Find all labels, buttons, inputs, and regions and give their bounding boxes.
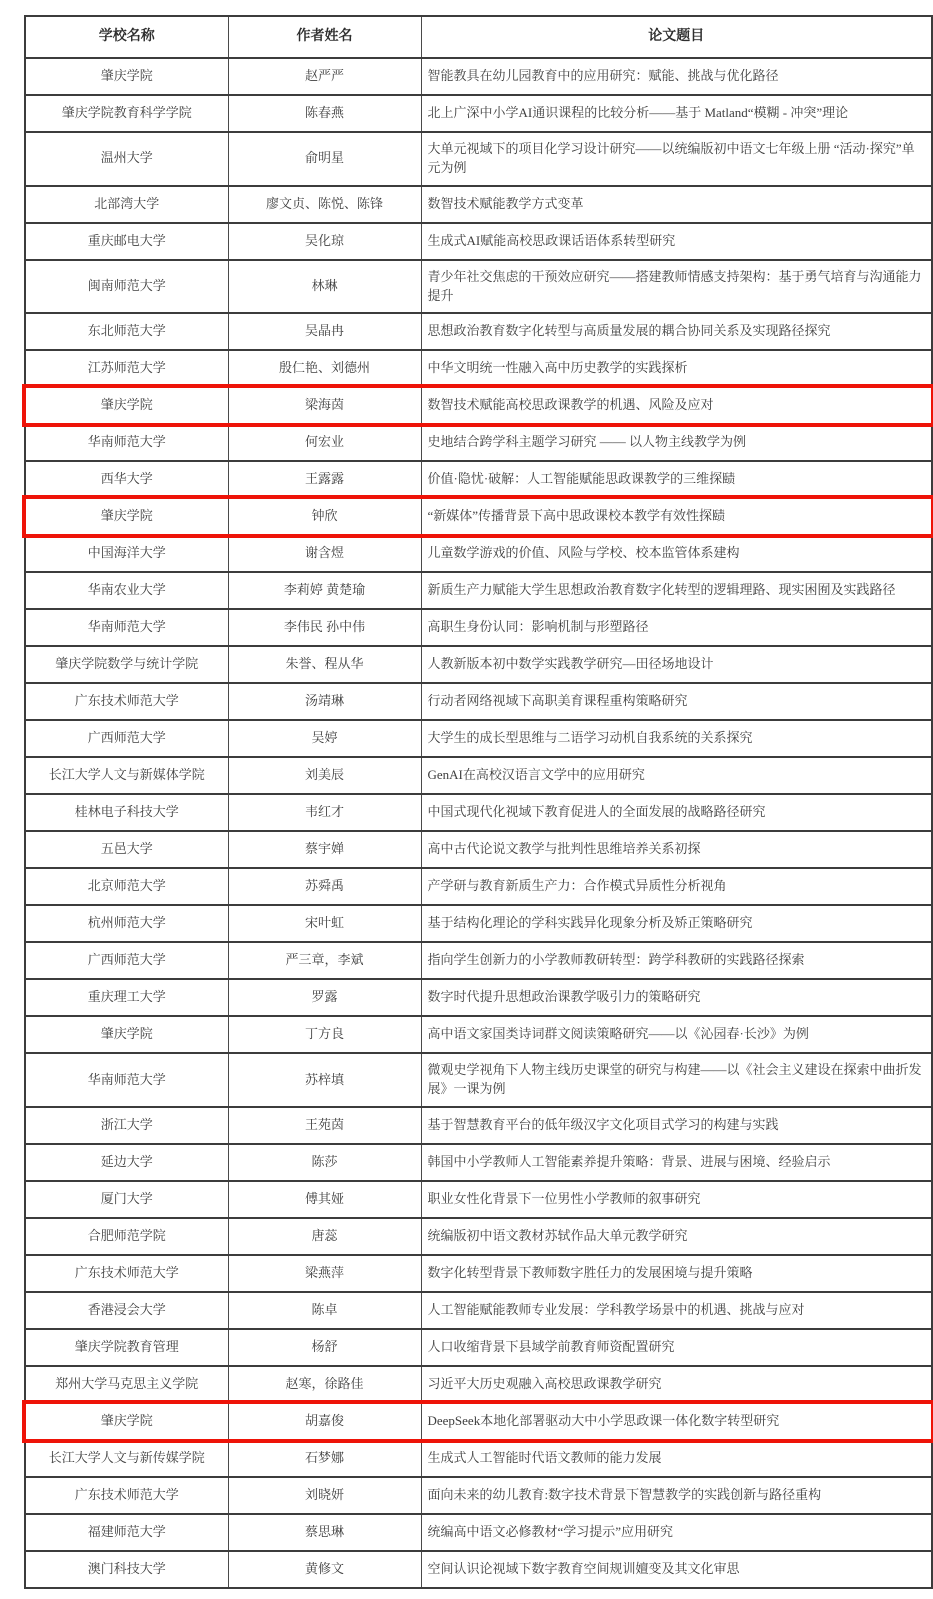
table-row: 江苏师范大学 殷仁艳、刘德州 中华文明统一性融入高中历史教学的实践探析 — [25, 350, 932, 387]
school-cell: 肇庆学院数学与统计学院 — [25, 646, 228, 683]
table-row: 肇庆学院 丁方良 高中语文家国类诗词群文阅读策略研究——以《沁园春·长沙》为例 — [25, 1016, 932, 1053]
author-cell: 刘晓妍 — [228, 1477, 421, 1514]
title-cell: 行动者网络视域下高职美育课程重构策略研究 — [421, 683, 932, 720]
author-cell: 李莉婷 黄楚瑜 — [228, 572, 421, 609]
header-row: 学校名称 作者姓名 论文题目 — [25, 16, 932, 58]
document-page: 学校名称 作者姓名 论文题目 肇庆学院 赵严严 智能教具在幼儿园教育中的应用研究… — [0, 0, 933, 1599]
table-row: 长江大学人文与新传媒学院 石梦娜 生成式人工智能时代语文教师的能力发展 — [25, 1440, 932, 1477]
author-cell: 傅其娅 — [228, 1181, 421, 1218]
title-cell: 智能教具在幼儿园教育中的应用研究：赋能、挑战与优化路径 — [421, 58, 932, 95]
table-row-highlighted: 肇庆学院 钟欣 “新媒体”传播背景下高中思政课校本教学有效性探赜 — [25, 498, 932, 535]
title-cell: 儿童数学游戏的价值、风险与学校、校本监管体系建构 — [421, 535, 932, 572]
table-row: 中国海洋大学 谢含煜 儿童数学游戏的价值、风险与学校、校本监管体系建构 — [25, 535, 932, 572]
author-cell: 苏舜禹 — [228, 868, 421, 905]
author-cell: 廖文贞、陈悦、陈锋 — [228, 186, 421, 223]
title-cell: “新媒体”传播背景下高中思政课校本教学有效性探赜 — [421, 498, 932, 535]
table-row: 广西师范大学 吴婷 大学生的成长型思维与二语学习动机自我系统的关系探究 — [25, 720, 932, 757]
table-row: 延边大学 陈莎 韩国中小学教师人工智能素养提升策略：背景、进展与困境、经验启示 — [25, 1144, 932, 1181]
title-cell: 中国式现代化视域下教育促进人的全面发展的战略路径研究 — [421, 794, 932, 831]
title-cell: 生成式AI赋能高校思政课话语体系转型研究 — [421, 223, 932, 260]
author-cell: 胡嘉俊 — [228, 1403, 421, 1440]
school-cell: 肇庆学院教育科学学院 — [25, 95, 228, 132]
table-row: 华南农业大学 李莉婷 黄楚瑜 新质生产力赋能大学生思想政治教育数字化转型的逻辑理… — [25, 572, 932, 609]
title-cell: 生成式人工智能时代语文教师的能力发展 — [421, 1440, 932, 1477]
author-cell: 吴晶冉 — [228, 313, 421, 350]
school-cell: 中国海洋大学 — [25, 535, 228, 572]
title-cell: 基于结构化理论的学科实践异化现象分析及矫正策略研究 — [421, 905, 932, 942]
title-cell: 韩国中小学教师人工智能素养提升策略：背景、进展与困境、经验启示 — [421, 1144, 932, 1181]
author-cell: 蔡思琳 — [228, 1514, 421, 1551]
table-row: 郑州大学马克思主义学院 赵寒，徐路佳 习近平大历史观融入高校思政课教学研究 — [25, 1366, 932, 1403]
table-row: 肇庆学院 赵严严 智能教具在幼儿园教育中的应用研究：赋能、挑战与优化路径 — [25, 58, 932, 95]
table-row: 五邑大学 蔡宇婵 高中古代论说文教学与批判性思维培养关系初探 — [25, 831, 932, 868]
table-row: 长江大学人文与新媒体学院 刘美辰 GenAI在高校汉语言文学中的应用研究 — [25, 757, 932, 794]
table-row: 浙江大学 王苑茵 基于智慧教育平台的低年级汉字文化项目式学习的构建与实践 — [25, 1107, 932, 1144]
title-cell: 人口收缩背景下县域学前教育师资配置研究 — [421, 1329, 932, 1366]
title-cell: 习近平大历史观融入高校思政课教学研究 — [421, 1366, 932, 1403]
table-row: 华南师范大学 何宏业 史地结合跨学科主题学习研究 —— 以人物主线教学为例 — [25, 424, 932, 461]
table-row: 重庆理工大学 罗露 数字时代提升思想政治课教学吸引力的策略研究 — [25, 979, 932, 1016]
school-cell: 重庆理工大学 — [25, 979, 228, 1016]
author-cell: 梁燕萍 — [228, 1255, 421, 1292]
title-cell: 基于智慧教育平台的低年级汉字文化项目式学习的构建与实践 — [421, 1107, 932, 1144]
school-cell: 厦门大学 — [25, 1181, 228, 1218]
school-cell: 肇庆学院 — [25, 387, 228, 424]
author-cell: 吴婷 — [228, 720, 421, 757]
school-cell: 香港浸会大学 — [25, 1292, 228, 1329]
table-row: 北京师范大学 苏舜禹 产学研与教育新质生产力：合作模式异质性分析视角 — [25, 868, 932, 905]
author-cell: 陈莎 — [228, 1144, 421, 1181]
title-cell: 青少年社交焦虑的干预效应研究——搭建教师情感支持架构：基于勇气培育与沟通能力提升 — [421, 260, 932, 314]
title-cell: 数字时代提升思想政治课教学吸引力的策略研究 — [421, 979, 932, 1016]
school-cell: 五邑大学 — [25, 831, 228, 868]
author-cell: 石梦娜 — [228, 1440, 421, 1477]
author-cell: 杨舒 — [228, 1329, 421, 1366]
school-cell: 肇庆学院教育管理 — [25, 1329, 228, 1366]
title-cell: 人教新版本初中数学实践教学研究—田径场地设计 — [421, 646, 932, 683]
table-row: 杭州师范大学 宋叶虹 基于结构化理论的学科实践异化现象分析及矫正策略研究 — [25, 905, 932, 942]
table-row: 香港浸会大学 陈卓 人工智能赋能教师专业发展：学科教学场景中的机遇、挑战与应对 — [25, 1292, 932, 1329]
table-row-highlighted: 肇庆学院 胡嘉俊 DeepSeek本地化部署驱动大中小学思政课一体化数字转型研究 — [25, 1403, 932, 1440]
school-cell: 肇庆学院 — [25, 1016, 228, 1053]
table-row: 桂林电子科技大学 韦红才 中国式现代化视域下教育促进人的全面发展的战略路径研究 — [25, 794, 932, 831]
title-cell: 思想政治教育数字化转型与高质量发展的耦合协同关系及实现路径探究 — [421, 313, 932, 350]
table-row: 东北师范大学 吴晶冉 思想政治教育数字化转型与高质量发展的耦合协同关系及实现路径… — [25, 313, 932, 350]
school-cell: 郑州大学马克思主义学院 — [25, 1366, 228, 1403]
author-cell: 谢含煜 — [228, 535, 421, 572]
author-cell: 罗露 — [228, 979, 421, 1016]
title-cell: 数字化转型背景下教师数字胜任力的发展困境与提升策略 — [421, 1255, 932, 1292]
school-cell: 华南师范大学 — [25, 609, 228, 646]
school-cell: 华南师范大学 — [25, 424, 228, 461]
table-row: 北部湾大学 廖文贞、陈悦、陈锋 数智技术赋能教学方式变革 — [25, 186, 932, 223]
title-cell: 高中古代论说文教学与批判性思维培养关系初探 — [421, 831, 932, 868]
school-cell: 福建师范大学 — [25, 1514, 228, 1551]
school-cell: 长江大学人文与新媒体学院 — [25, 757, 228, 794]
school-cell: 华南师范大学 — [25, 1053, 228, 1107]
table-row: 重庆邮电大学 吴化琼 生成式AI赋能高校思政课话语体系转型研究 — [25, 223, 932, 260]
school-cell: 浙江大学 — [25, 1107, 228, 1144]
title-cell: GenAI在高校汉语言文学中的应用研究 — [421, 757, 932, 794]
title-cell: 高职生身份认同：影响机制与形塑路径 — [421, 609, 932, 646]
author-cell: 何宏业 — [228, 424, 421, 461]
school-cell: 北部湾大学 — [25, 186, 228, 223]
school-cell: 西华大学 — [25, 461, 228, 498]
title-cell: 产学研与教育新质生产力：合作模式异质性分析视角 — [421, 868, 932, 905]
author-cell: 韦红才 — [228, 794, 421, 831]
author-cell: 陈春燕 — [228, 95, 421, 132]
author-cell: 王苑茵 — [228, 1107, 421, 1144]
school-cell: 广西师范大学 — [25, 942, 228, 979]
school-cell: 广东技术师范大学 — [25, 1477, 228, 1514]
school-cell: 广东技术师范大学 — [25, 683, 228, 720]
title-cell: 高中语文家国类诗词群文阅读策略研究——以《沁园春·长沙》为例 — [421, 1016, 932, 1053]
table-row: 合肥师范学院 唐蕊 统编版初中语文教材苏轼作品大单元教学研究 — [25, 1218, 932, 1255]
author-cell: 朱誉、程从华 — [228, 646, 421, 683]
school-cell: 东北师范大学 — [25, 313, 228, 350]
title-cell: 新质生产力赋能大学生思想政治教育数字化转型的逻辑理路、现实困囿及实践路径 — [421, 572, 932, 609]
author-cell: 汤靖琳 — [228, 683, 421, 720]
author-cell: 钟欣 — [228, 498, 421, 535]
author-cell: 殷仁艳、刘德州 — [228, 350, 421, 387]
table-row: 闽南师范大学 林琳 青少年社交焦虑的干预效应研究——搭建教师情感支持架构：基于勇… — [25, 260, 932, 314]
title-cell: 大学生的成长型思维与二语学习动机自我系统的关系探究 — [421, 720, 932, 757]
table-row: 华南师范大学 李伟民 孙中伟 高职生身份认同：影响机制与形塑路径 — [25, 609, 932, 646]
table-row: 广东技术师范大学 汤靖琳 行动者网络视域下高职美育课程重构策略研究 — [25, 683, 932, 720]
school-cell: 华南农业大学 — [25, 572, 228, 609]
school-cell: 肇庆学院 — [25, 58, 228, 95]
column-header-title: 论文题目 — [421, 16, 932, 58]
table-row: 肇庆学院教育管理 杨舒 人口收缩背景下县域学前教育师资配置研究 — [25, 1329, 932, 1366]
title-cell: 统编高中语文必修教材“学习提示”应用研究 — [421, 1514, 932, 1551]
table-row-highlighted: 肇庆学院 梁海茵 数智技术赋能高校思政课教学的机遇、风险及应对 — [25, 387, 932, 424]
table-row: 广东技术师范大学 梁燕萍 数字化转型背景下教师数字胜任力的发展困境与提升策略 — [25, 1255, 932, 1292]
author-cell: 王露露 — [228, 461, 421, 498]
table-row: 福建师范大学 蔡思琳 统编高中语文必修教材“学习提示”应用研究 — [25, 1514, 932, 1551]
school-cell: 澳门科技大学 — [25, 1551, 228, 1588]
column-header-author: 作者姓名 — [228, 16, 421, 58]
author-cell: 林琳 — [228, 260, 421, 314]
table-row: 广东技术师范大学 刘晓妍 面向未来的幼儿教育:数字技术背景下智慧教学的实践创新与… — [25, 1477, 932, 1514]
author-cell: 蔡宇婵 — [228, 831, 421, 868]
table-body: 肇庆学院 赵严严 智能教具在幼儿园教育中的应用研究：赋能、挑战与优化路径 肇庆学… — [25, 58, 932, 1588]
title-cell: 数智技术赋能教学方式变革 — [421, 186, 932, 223]
title-cell: 大单元视域下的项目化学习设计研究——以统编版初中语文七年级上册 “活动·探究”单… — [421, 132, 932, 186]
title-cell: 数智技术赋能高校思政课教学的机遇、风险及应对 — [421, 387, 932, 424]
school-cell: 重庆邮电大学 — [25, 223, 228, 260]
title-cell: 面向未来的幼儿教育:数字技术背景下智慧教学的实践创新与路径重构 — [421, 1477, 932, 1514]
title-cell: 指向学生创新力的小学教师教研转型：跨学科教研的实践路径探索 — [421, 942, 932, 979]
school-cell: 广东技术师范大学 — [25, 1255, 228, 1292]
school-cell: 长江大学人文与新传媒学院 — [25, 1440, 228, 1477]
author-cell: 宋叶虹 — [228, 905, 421, 942]
table-header: 学校名称 作者姓名 论文题目 — [25, 16, 932, 58]
column-header-school: 学校名称 — [25, 16, 228, 58]
author-cell: 吴化琼 — [228, 223, 421, 260]
title-cell: 空间认识论视域下数字教育空间规训嬗变及其文化审思 — [421, 1551, 932, 1588]
title-cell: 统编版初中语文教材苏轼作品大单元教学研究 — [421, 1218, 932, 1255]
table-row: 肇庆学院数学与统计学院 朱誉、程从华 人教新版本初中数学实践教学研究—田径场地设… — [25, 646, 932, 683]
school-cell: 江苏师范大学 — [25, 350, 228, 387]
table-row: 西华大学 王露露 价值·隐忧·破解：人工智能赋能思政课教学的三维探赜 — [25, 461, 932, 498]
table-row: 肇庆学院教育科学学院 陈春燕 北上广深中小学AI通识课程的比较分析——基于 Ma… — [25, 95, 932, 132]
school-cell: 合肥师范学院 — [25, 1218, 228, 1255]
author-cell: 赵寒，徐路佳 — [228, 1366, 421, 1403]
author-cell: 陈卓 — [228, 1292, 421, 1329]
school-cell: 温州大学 — [25, 132, 228, 186]
author-cell: 唐蕊 — [228, 1218, 421, 1255]
author-cell: 苏梓填 — [228, 1053, 421, 1107]
author-cell: 黄修文 — [228, 1551, 421, 1588]
author-cell: 丁方良 — [228, 1016, 421, 1053]
author-cell: 严三章，李斌 — [228, 942, 421, 979]
title-cell: 史地结合跨学科主题学习研究 —— 以人物主线教学为例 — [421, 424, 932, 461]
school-cell: 肇庆学院 — [25, 498, 228, 535]
school-cell: 杭州师范大学 — [25, 905, 228, 942]
title-cell: 人工智能赋能教师专业发展：学科教学场景中的机遇、挑战与应对 — [421, 1292, 932, 1329]
school-cell: 桂林电子科技大学 — [25, 794, 228, 831]
school-cell: 延边大学 — [25, 1144, 228, 1181]
papers-table: 学校名称 作者姓名 论文题目 肇庆学院 赵严严 智能教具在幼儿园教育中的应用研究… — [24, 15, 933, 1589]
author-cell: 刘美辰 — [228, 757, 421, 794]
author-cell: 李伟民 孙中伟 — [228, 609, 421, 646]
title-cell: 北上广深中小学AI通识课程的比较分析——基于 Matland“模糊 - 冲突”理… — [421, 95, 932, 132]
author-cell: 赵严严 — [228, 58, 421, 95]
school-cell: 北京师范大学 — [25, 868, 228, 905]
title-cell: 价值·隐忧·破解：人工智能赋能思政课教学的三维探赜 — [421, 461, 932, 498]
school-cell: 肇庆学院 — [25, 1403, 228, 1440]
school-cell: 闽南师范大学 — [25, 260, 228, 314]
school-cell: 广西师范大学 — [25, 720, 228, 757]
title-cell: 职业女性化背景下一位男性小学教师的叙事研究 — [421, 1181, 932, 1218]
title-cell: 中华文明统一性融入高中历史教学的实践探析 — [421, 350, 932, 387]
author-cell: 俞明星 — [228, 132, 421, 186]
table-row: 温州大学 俞明星 大单元视域下的项目化学习设计研究——以统编版初中语文七年级上册… — [25, 132, 932, 186]
table-row: 华南师范大学 苏梓填 微观史学视角下人物主线历史课堂的研究与构建——以《社会主义… — [25, 1053, 932, 1107]
title-cell: DeepSeek本地化部署驱动大中小学思政课一体化数字转型研究 — [421, 1403, 932, 1440]
table-row: 澳门科技大学 黄修文 空间认识论视域下数字教育空间规训嬗变及其文化审思 — [25, 1551, 932, 1588]
title-cell: 微观史学视角下人物主线历史课堂的研究与构建——以《社会主义建设在探索中曲折发展》… — [421, 1053, 932, 1107]
table-row: 广西师范大学 严三章，李斌 指向学生创新力的小学教师教研转型：跨学科教研的实践路… — [25, 942, 932, 979]
author-cell: 梁海茵 — [228, 387, 421, 424]
table-row: 厦门大学 傅其娅 职业女性化背景下一位男性小学教师的叙事研究 — [25, 1181, 932, 1218]
